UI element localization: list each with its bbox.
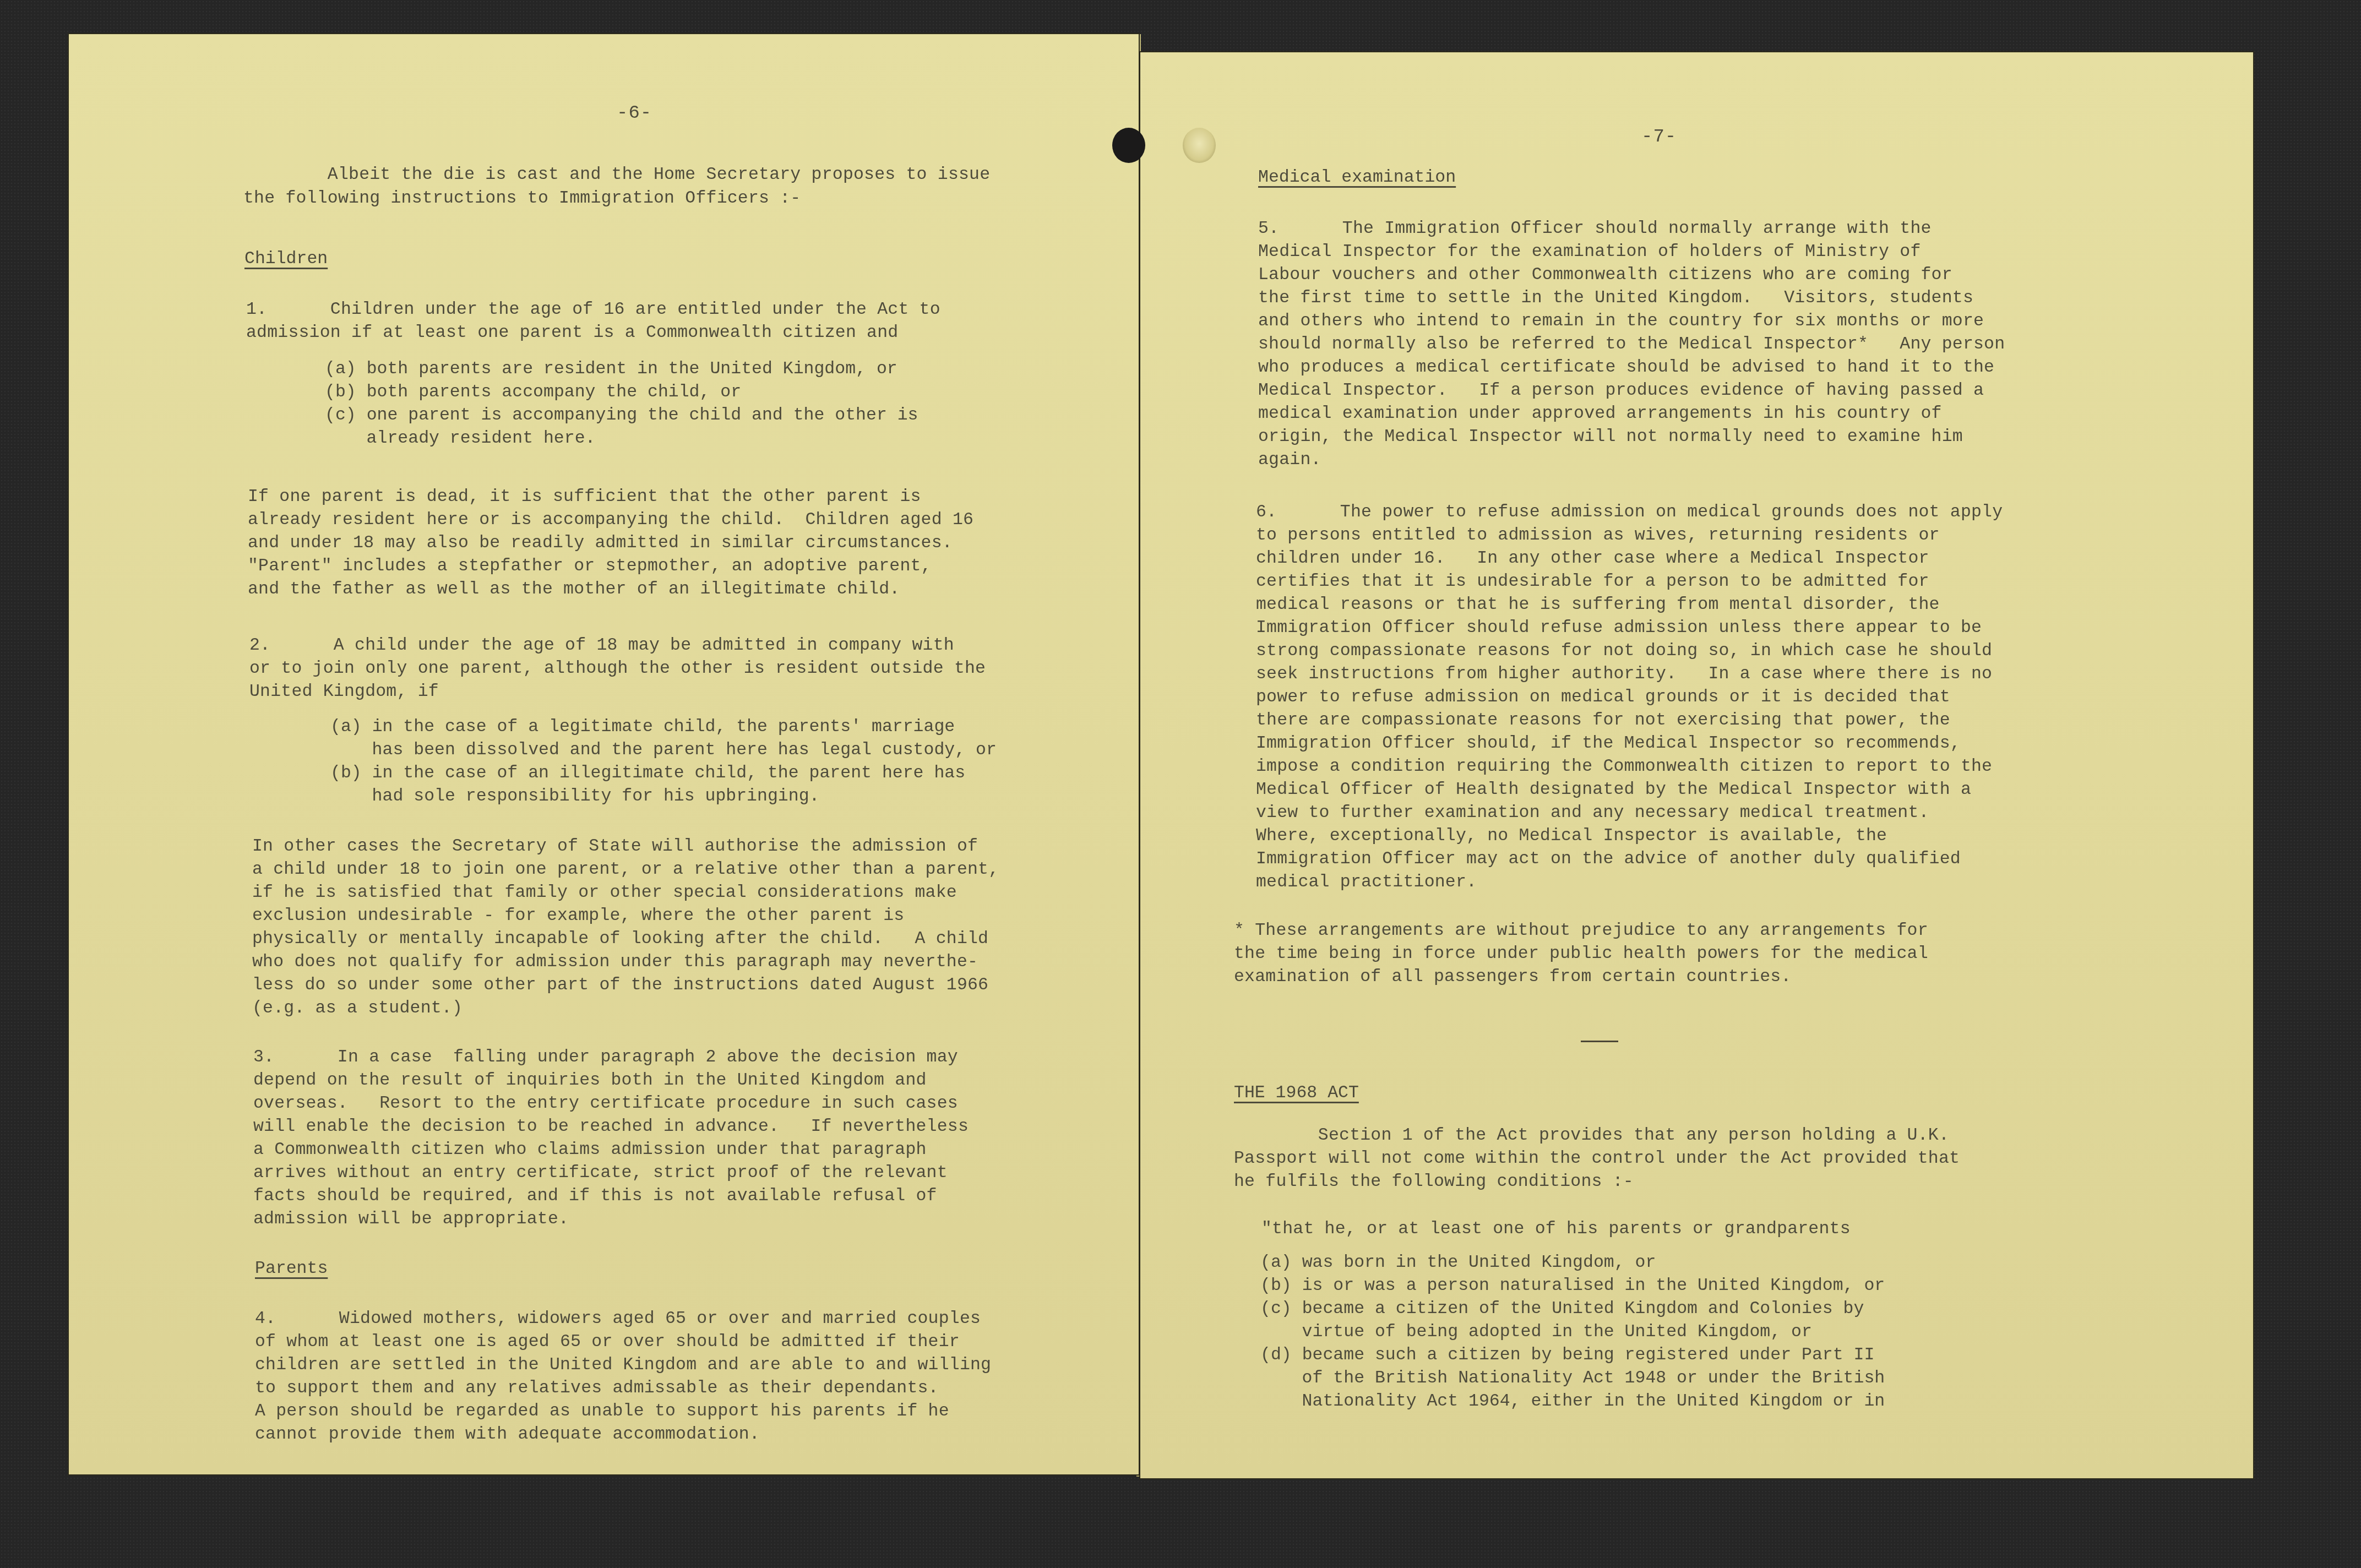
para3-line-7: facts should be required, and if this is… [253,1185,937,1208]
para2-cont-line-6: who does not qualify for admission under… [252,951,978,974]
right-page: -7- Medical examination 5. The Immigrati… [1140,52,2253,1478]
para1-line-2: admission if at least one parent is a Co… [246,322,898,345]
section-heading-1968-act: THE 1968 ACT [1234,1082,1359,1105]
act-item-d: (d) became such a citizen by being regis… [1260,1344,1885,1413]
para6-line-4: certifies that it is undesirable for a p… [1256,570,1929,594]
para2-item-a: (a) in the case of a legitimate child, t… [330,716,997,762]
para3-line-4: will enable the decision to be reached i… [253,1115,969,1139]
para5-line-5: and others who intend to remain in the c… [1258,310,1984,333]
punch-hole-icon [1183,128,1216,163]
item-label: (b) [330,764,362,783]
para2-cont-line-7: less do so under some other part of the … [252,974,988,997]
item-label: (b) [325,383,356,402]
para5-line-9: medical examination under approved arran… [1258,402,1942,426]
para2-cont-line-4: exclusion undesirable - for example, whe… [252,905,904,928]
para3-line-6: arrives without an entry certificate, st… [253,1162,948,1185]
item-text: in the case of an illegitimate child, th… [330,764,965,806]
para6-line-2: to persons entitled to admission as wive… [1256,524,1940,547]
para5-line-7: who produces a medical certificate shoul… [1258,356,1994,379]
para4-line-1: 4. Widowed mothers, widowers aged 65 or … [255,1308,981,1331]
para2-cont-line-3: if he is satisfied that family or other … [252,881,957,905]
para1-cont-line-2: already resident here or is accompanying… [248,509,973,532]
para1-cont-line-1: If one parent is dead, it is sufficient … [248,486,921,509]
item-text: is or was a person naturalised in the Un… [1302,1276,1885,1295]
para3-line-5: a Commonwealth citizen who claims admiss… [253,1139,927,1162]
para1-line-1: 1. Children under the age of 16 are enti… [246,298,940,322]
para6-line-9: power to refuse admission on medical gro… [1256,686,1950,709]
intro-line-1: Albeit the die is cast and the Home Secr… [243,164,990,187]
para2-cont-line-5: physically or mentally incapable of look… [252,928,988,951]
item-text: both parents accompany the child, or [367,383,742,402]
item-text: became a citizen of the United Kingdom a… [1260,1299,1864,1342]
item-label: (a) [1260,1253,1292,1272]
para6-line-13: Medical Officer of Health designated by … [1256,778,1971,802]
act-intro-line-2: Passport will not come within the contro… [1234,1147,1960,1170]
para4-line-3: children are settled in the United Kingd… [255,1354,991,1377]
para5-line-3: Labour vouchers and other Commonwealth c… [1258,264,1952,287]
para6-line-6: Immigration Officer should refuse admiss… [1256,617,1982,640]
section-heading-medical-examination: Medical examination [1258,166,1456,189]
para3-line-1: 3. In a case falling under paragraph 2 a… [253,1046,958,1069]
para2-line-1: 2. A child under the age of 18 may be ad… [249,634,954,657]
para3-line-8: admission will be appropriate. [253,1208,569,1231]
item-label: (a) [325,360,356,379]
para6-line-14: view to further examination and any nece… [1256,802,1929,825]
para6-line-8: seek instructions from higher authority.… [1256,663,1992,686]
act-quote-lead: "that he, or at least one of his parents… [1261,1218,1851,1241]
para5-line-10: origin, the Medical Inspector will not n… [1258,426,1963,449]
para1-cont-line-4: "Parent" includes a stepfather or stepmo… [248,555,932,578]
para1-cont-line-5: and the father as well as the mother of … [248,578,900,601]
para5-line-8: Medical Inspector. If a person produces … [1258,379,1984,402]
para4-line-2: of whom at least one is aged 65 or over … [255,1331,960,1354]
para2-cont-line-1: In other cases the Secretary of State wi… [252,835,978,858]
para6-line-16: Immigration Officer may act on the advic… [1256,848,1961,871]
para6-line-7: strong compassionate reasons for not doi… [1256,640,1992,663]
para1-item-c: (c) one parent is accompanying the child… [325,404,918,450]
para6-line-12: impose a condition requiring the Commonw… [1256,755,1992,778]
item-text: both parents are resident in the United … [367,360,897,379]
item-text: in the case of a legitimate child, the p… [330,717,997,760]
para2-line-3: United Kingdom, if [249,680,439,704]
para2-item-b: (b) in the case of an illegitimate child… [330,762,965,808]
para2-cont-line-8: (e.g. as a student.) [252,997,463,1020]
para5-line-1: 5. The Immigration Officer should normal… [1258,217,1932,241]
act-item-b: (b) is or was a person naturalised in th… [1260,1275,1885,1298]
section-heading-children: Children [244,248,328,271]
item-text: was born in the United Kingdom, or [1302,1253,1656,1272]
footnote-line-3: examination of all passengers from certa… [1234,966,1791,989]
page-number: -6- [617,103,652,124]
para6-line-1: 6. The power to refuse admission on medi… [1256,501,2003,524]
item-label: (d) [1260,1346,1292,1365]
footnote-line-1: * These arrangements are without prejudi… [1234,919,1928,943]
item-label: (b) [1260,1276,1292,1295]
left-page: -6- Albeit the die is cast and the Home … [69,34,1139,1474]
act-item-c: (c) became a citizen of the United Kingd… [1260,1298,1864,1344]
para4-line-5: A person should be regarded as unable to… [255,1400,949,1423]
punch-hole-icon [1112,128,1145,163]
act-item-a: (a) was born in the United Kingdom, or [1260,1251,1656,1275]
section-heading-parents: Parents [255,1257,328,1281]
section-divider [1581,1041,1618,1042]
para4-line-6: cannot provide them with adequate accomm… [255,1423,760,1446]
para5-line-11: again. [1258,449,1321,472]
page-number: -7- [1641,127,1677,148]
item-text: became such a citizen by being registere… [1260,1346,1885,1411]
act-intro-line-1: Section 1 of the Act provides that any p… [1234,1124,1949,1147]
intro-line-2: the following instructions to Immigratio… [243,187,801,210]
para1-cont-line-3: and under 18 may also be readily admitte… [248,532,953,555]
para1-item-b: (b) both parents accompany the child, or [325,381,741,404]
para3-line-2: depend on the result of inquiries both i… [253,1069,927,1092]
para1-item-a: (a) both parents are resident in the Uni… [325,358,897,381]
para6-line-3: children under 16. In any other case whe… [1256,547,1929,570]
item-label: (c) [1260,1299,1292,1319]
para2-line-2: or to join only one parent, although the… [249,657,986,680]
para5-line-6: should normally also be referred to the … [1258,333,2005,356]
para6-line-17: medical practitioner. [1256,871,1477,894]
para5-line-2: Medical Inspector for the examination of… [1258,241,1921,264]
footnote-line-2: the time being in force under public hea… [1234,943,1928,966]
para2-cont-line-2: a child under 18 to join one parent, or … [252,858,999,881]
item-label: (c) [325,406,356,425]
para6-line-11: Immigration Officer should, if the Medic… [1256,732,1961,755]
para3-line-3: overseas. Resort to the entry certificat… [253,1092,958,1115]
item-text: one parent is accompanying the child and… [325,406,918,448]
item-label: (a) [330,717,362,737]
para6-line-15: Where, exceptionally, no Medical Inspect… [1256,825,1887,848]
para6-line-5: medical reasons or that he is suffering … [1256,594,1940,617]
act-intro-line-3: he fulfils the following conditions :- [1234,1170,1634,1194]
para6-line-10: there are compassionate reasons for not … [1256,709,1950,732]
para5-line-4: the first time to settle in the United K… [1258,287,1973,310]
para4-line-4: to support them and any relatives admiss… [255,1377,939,1400]
